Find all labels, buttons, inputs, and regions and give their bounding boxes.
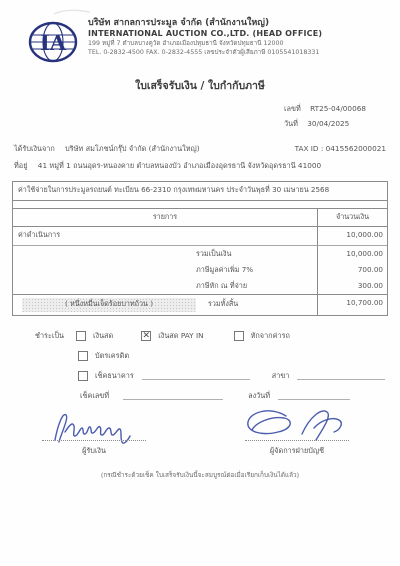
- payment-row-4: เช็คเลขที่ ลงวันที่: [80, 391, 400, 402]
- branch-label: สาขา: [272, 371, 290, 382]
- payment-option-payin: ✕ เงินสด PAY IN: [141, 331, 203, 342]
- payment-option-cheque: เช็คธนาคาร: [78, 371, 134, 382]
- subtotal-label: รวมเป็นเงิน: [13, 246, 317, 262]
- company-info: บริษัท สากลการประมูล จำกัด (สำนักงานใหญ่…: [88, 18, 322, 57]
- signature-section: ผู้รับเงิน ผู้จัดการฝ่ายบัญชี: [0, 404, 400, 457]
- deduct-checkbox: [234, 331, 244, 341]
- table-spacer: [13, 201, 387, 208]
- manager-signature-line: [245, 440, 349, 441]
- scan-artifact: [52, 6, 92, 18]
- withholding-tax-label: ภาษีหัก ณ ที่จ่าย: [13, 278, 317, 294]
- company-address: 199 หมู่ที่ 7 ตำบลบางคูวัด อำเภอเมืองปทุ…: [88, 40, 322, 48]
- vat-label: ภาษีมูลค่าเพิ่ม 7%: [13, 262, 317, 278]
- receipt-number-label: เลขที่: [284, 104, 301, 115]
- grand-total-label: รวมทั้งสิ้น: [208, 299, 238, 310]
- document-title: ใบเสร็จรับเงิน / ใบกำกับภาษี: [0, 77, 400, 94]
- receipt-date-value: 30/04/2025: [307, 119, 349, 128]
- payment-row-1: ชำระเป็น เงินสด ✕ เงินสด PAY IN หักจากค่…: [35, 331, 400, 342]
- payment-method-label: ชำระเป็น: [35, 331, 64, 342]
- column-header-item: รายการ: [13, 209, 317, 227]
- payment-section: ชำระเป็น เงินสด ✕ เงินสด PAY IN หักจากค่…: [35, 331, 400, 402]
- logo-letters: IA: [40, 30, 67, 55]
- withholding-tax-amount: 300.00: [317, 278, 387, 294]
- company-name-english: INTERNATIONAL AUCTION CO.,LTD. (HEAD OFF…: [88, 29, 322, 39]
- payment-row-3: เช็คธนาคาร สาขา: [78, 371, 400, 382]
- receiver-signature-line: [42, 440, 146, 441]
- manager-signature-block: ผู้จัดการฝ่ายบัญชี: [242, 404, 352, 457]
- cheque-bank-blank: [142, 372, 250, 380]
- payment-option-deduct: หักจากค่ารถ: [234, 331, 290, 342]
- amount-in-words: ( หนึ่งหมื่นเจ็ดร้อยบาทถ้วน ): [22, 298, 196, 312]
- cheque-number-label: เช็คเลขที่: [80, 391, 109, 402]
- credit-card-label: บัตรเครดิต: [95, 351, 129, 362]
- customer-line-2: ที่อยู่ 41 หมู่ที่ 1 ถนนอุดร-หนองคาย ตำบ…: [14, 161, 386, 172]
- cheque-condition-note: (กรณีชำระด้วยเช็ค ใบเสร็จรับเงินนี้จะสมบ…: [0, 470, 400, 480]
- branch-blank: [297, 372, 385, 380]
- receipt-number-row: เลขที่ RT25-04/00068: [284, 104, 366, 115]
- receiver-signature-block: ผู้รับเงิน: [42, 404, 146, 457]
- payment-option-credit-card: บัตรเครดิต: [78, 351, 129, 362]
- receipt-document: IA บริษัท สากลการประมูล จำกัด (สำนักงานใ…: [0, 0, 400, 566]
- customer-address-label: ที่อยู่: [14, 161, 27, 170]
- receipt-date-label: วันที่: [284, 119, 298, 130]
- payin-label: เงินสด PAY IN: [158, 331, 203, 342]
- cheque-checkbox: [78, 371, 88, 381]
- cheque-bank-label: เช็คธนาคาร: [95, 371, 134, 382]
- company-globe-logo-icon: IA: [28, 20, 80, 64]
- charges-grid: รายการ จำนวนเงิน ค่าดำเนินการ 10,000.00 …: [13, 208, 387, 315]
- payin-checkbox: ✕: [141, 331, 151, 341]
- cheque-date-label: ลงวันที่: [248, 391, 270, 402]
- cheque-number-blank: [123, 392, 223, 400]
- received-from-label: ได้รับเงินจาก: [14, 144, 55, 153]
- receiver-signature-label: ผู้รับเงิน: [82, 446, 106, 457]
- customer-address-value: 41 หมู่ที่ 1 ถนนอุดร-หนองคาย ตำบลหนองบัว…: [38, 161, 321, 170]
- table-row-item: ค่าดำเนินการ: [13, 227, 317, 246]
- company-contact: TEL. 0-2832-4500 FAX. 0-2832-4555 เลขประ…: [88, 49, 322, 57]
- grand-total-amount: 10,700.00: [317, 294, 387, 315]
- column-header-amount: จำนวนเงิน: [317, 209, 387, 227]
- table-row-amount: 10,000.00: [317, 227, 387, 246]
- total-row-left: ( หนึ่งหมื่นเจ็ดร้อยบาทถ้วน ) รวมทั้งสิ้…: [13, 294, 317, 315]
- payment-option-cash: เงินสด: [76, 331, 113, 342]
- received-from: ได้รับเงินจาก บริษัท สมโภชน์กรุ๊ป จำกัด …: [14, 144, 200, 155]
- charges-table: ค่าใช้จ่ายในการประมูลรถยนต์ ทะเบียน 66-2…: [12, 181, 388, 316]
- cheque-date-blank: [278, 392, 350, 400]
- credit-card-checkbox: [78, 351, 88, 361]
- vat-amount: 700.00: [317, 262, 387, 278]
- customer-tax-id: TAX ID : 0415562000021: [295, 144, 386, 155]
- subtotal-amount: 10,000.00: [317, 246, 387, 262]
- receipt-meta: เลขที่ RT25-04/00068 วันที่ 30/04/2025: [284, 104, 366, 134]
- receipt-date-row: วันที่ 30/04/2025: [284, 119, 366, 130]
- customer-name: บริษัท สมโภชน์กรุ๊ป จำกัด (สำนักงานใหญ่): [65, 144, 199, 153]
- customer-line-1: ได้รับเงินจาก บริษัท สมโภชน์กรุ๊ป จำกัด …: [14, 144, 386, 155]
- manager-signature-label: ผู้จัดการฝ่ายบัญชี: [270, 446, 324, 457]
- receipt-number-value: RT25-04/00068: [310, 104, 366, 113]
- deduct-label: หักจากค่ารถ: [251, 331, 290, 342]
- cash-label: เงินสด: [93, 331, 113, 342]
- company-name-thai: บริษัท สากลการประมูล จำกัด (สำนักงานใหญ่…: [88, 18, 322, 29]
- payment-row-2: บัตรเครดิต: [78, 351, 400, 362]
- customer-section: ได้รับเงินจาก บริษัท สมโภชน์กรุ๊ป จำกัด …: [0, 134, 400, 172]
- auction-description: ค่าใช้จ่ายในการประมูลรถยนต์ ทะเบียน 66-2…: [13, 182, 387, 201]
- cash-checkbox: [76, 331, 86, 341]
